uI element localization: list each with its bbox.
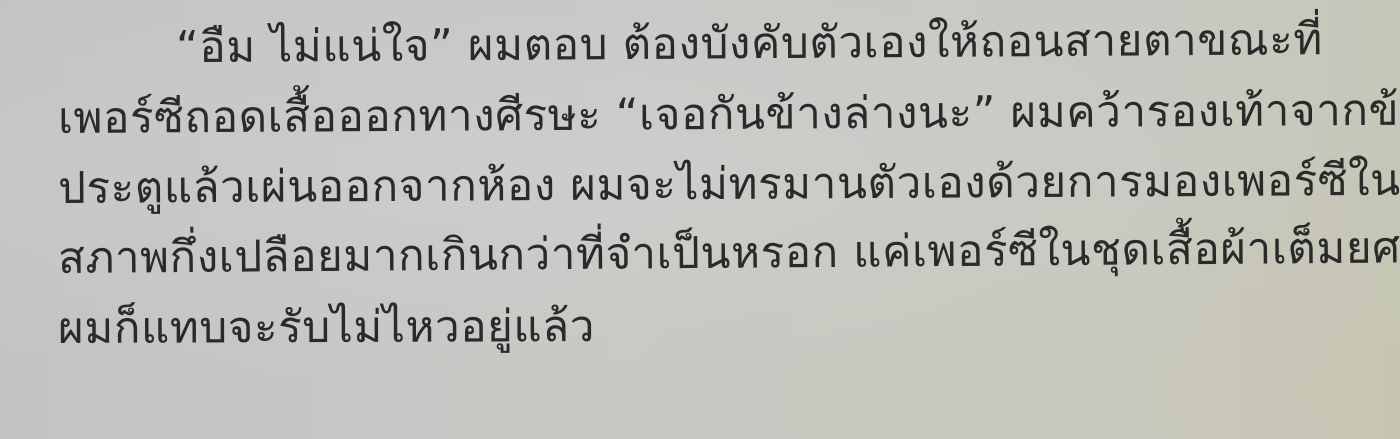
cropped-next-line — [0, 432, 1400, 439]
text-line-4: สภาพกึ่งเปลือยมากเกินกว่าที่จำเป็นหรอก แ… — [58, 214, 1379, 294]
text-line-5: ผมก็แทบจะรับไม่ไหวอยู่แล้ว — [58, 289, 1378, 364]
text-line-2: เพอร์ซีถอดเสื้อออกทางศีรษะ “เจอกันข้างล่… — [58, 76, 1378, 154]
text-line-1: “อืม ไม่แน่ใจ” ผมตอบ ต้องบังคับตัวเองให้… — [58, 5, 1378, 84]
text-line-3: ประตูแล้วเผ่นออกจากห้อง ผมจะไม่ทรมานตัวเ… — [58, 146, 1378, 224]
book-page: “อืม ไม่แน่ใจ” ผมตอบ ต้องบังคับตัวเองให้… — [0, 0, 1400, 439]
body-paragraph: “อืม ไม่แน่ใจ” ผมตอบ ต้องบังคับตัวเองให้… — [58, 14, 1378, 364]
